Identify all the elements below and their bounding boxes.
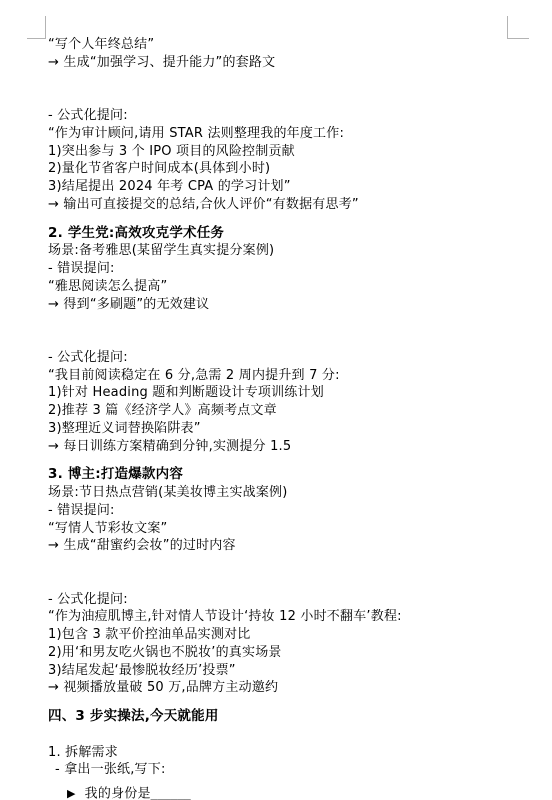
blank-line [48, 573, 532, 591]
doc-line: - 公式化提问: [48, 591, 532, 609]
doc-line: 1. 拆解需求 [48, 744, 532, 762]
blank-line [48, 555, 532, 573]
doc-line: → 得到“多刷题”的无效建议 [48, 296, 532, 314]
blank-line [48, 89, 532, 107]
doc-line: 2)推荐 3 篇《经济学人》高频考点文章 [48, 402, 532, 420]
doc-line: 1)包含 3 款平价控油单品实测对比 [48, 626, 532, 644]
doc-line: 场景:备考雅思(某留学生真实提分案例) [48, 242, 532, 260]
doc-line: “作为审计顾问,请用 STAR 法则整理我的年度工作: [48, 125, 532, 143]
play-triangle-icon: ▶ [67, 785, 76, 800]
document-body: “写个人年终总结”→ 生成“加强学习、提升能力”的套路文- 公式化提问:“作为审… [48, 36, 532, 800]
doc-line: - 公式化提问: [48, 349, 532, 367]
doc-line: - 错误提问: [48, 502, 532, 520]
bullet-text: 我的身份是______ [85, 787, 191, 800]
doc-line: 2)量化节省客户时间成本(具体到小时) [48, 160, 532, 178]
bullet-line: ▶我的身份是______ [48, 785, 532, 800]
section-heading: 四、3 步实操法,今天就能用 [48, 708, 532, 726]
doc-line: - 公式化提问: [48, 107, 532, 125]
doc-line: 2)用‘和男友吃火锅也不脱妆’的真实场景 [48, 644, 532, 662]
doc-line: “我目前阅读稳定在 6 分,急需 2 周内提升到 7 分: [48, 367, 532, 385]
doc-line: → 视频播放量破 50 万,品牌方主动邀约 [48, 679, 532, 697]
doc-line: → 生成“甜蜜约会妆”的过时内容 [48, 537, 532, 555]
blank-line [48, 726, 532, 744]
section-heading: 3. 博主:打造爆款内容 [48, 466, 532, 484]
doc-line: → 输出可直接提交的总结,合伙人评价“有数据有思考” [48, 196, 532, 214]
section-heading: 2. 学生党:高效攻克学术任务 [48, 225, 532, 243]
doc-line: “雅思阅读怎么提高” [48, 278, 532, 296]
doc-line: 3)结尾提出 2024 年考 CPA 的学习计划” [48, 178, 532, 196]
doc-line: 3)整理近义词替换陷阱表” [48, 420, 532, 438]
doc-line: → 生成“加强学习、提升能力”的套路文 [48, 54, 532, 72]
doc-line: “作为油痘肌博主,针对情人节设计‘持妆 12 小时不翻车’教程: [48, 608, 532, 626]
margin-crop-mark-top-left [27, 16, 46, 39]
blank-line [48, 331, 532, 349]
doc-line: 3)结尾发起‘最惨脱妆经历’投票” [48, 662, 532, 680]
doc-line: → 每日训练方案精确到分钟,实测提分 1.5 [48, 438, 532, 456]
document-page: “写个人年终总结”→ 生成“加强学习、提升能力”的套路文- 公式化提问:“作为审… [0, 0, 552, 800]
doc-line: 场景:节日热点营销(某美妆博主实战案例) [48, 484, 532, 502]
doc-line: - 拿出一张纸,写下: [48, 761, 532, 779]
blank-line [48, 72, 532, 90]
blank-line [48, 313, 532, 331]
doc-line: “写个人年终总结” [48, 36, 532, 54]
doc-line: “写情人节彩妆文案” [48, 520, 532, 538]
doc-line: 1)突出参与 3 个 IPO 项目的风险控制贡献 [48, 143, 532, 161]
doc-line: - 错误提问: [48, 260, 532, 278]
doc-line: 1)针对 Heading 题和判断题设计专项训练计划 [48, 384, 532, 402]
